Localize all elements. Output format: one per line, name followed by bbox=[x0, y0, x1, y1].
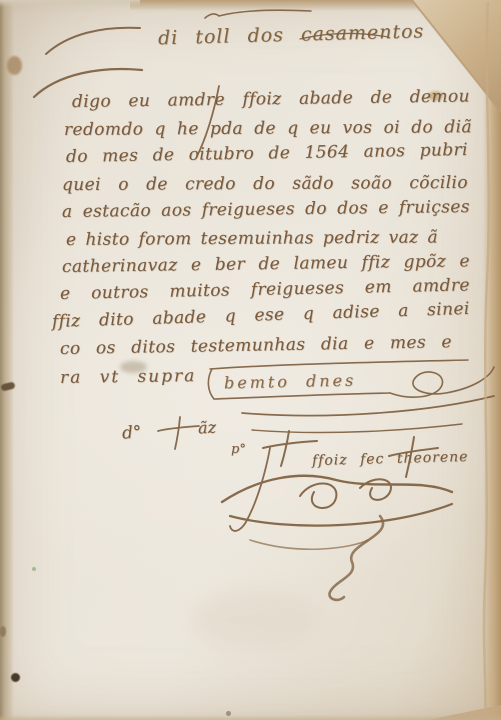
witness-initials-right: ãz bbox=[198, 418, 217, 438]
faint-stain bbox=[190, 590, 320, 650]
binding-gutter bbox=[0, 0, 14, 720]
manuscript-line-5: a estacão aos freigueses do dos e fruiçs… bbox=[62, 197, 470, 226]
page-top-edge-left bbox=[0, 0, 140, 7]
tiny-fleck bbox=[226, 711, 231, 716]
ink-blot-dot bbox=[11, 673, 20, 682]
paper-damage-blob bbox=[7, 56, 22, 75]
manuscript-line-4: quei o de credo do sãdo soão cõcilio bbox=[62, 173, 468, 199]
edge-mark bbox=[0, 626, 6, 637]
manuscript-line-6: e histo forom tesemuinhas pedriz vaz ã bbox=[66, 227, 438, 254]
witness-small-mark: p° bbox=[231, 442, 246, 457]
page-bottom-edge bbox=[0, 715, 501, 720]
manuscript-line-11: ra vt supra bbox=[60, 366, 197, 388]
green-fleck bbox=[32, 567, 36, 571]
boxed-name: bemto dnes bbox=[224, 371, 357, 393]
manuscript-photo: di toll dos casamentos digo eu amdre ffo… bbox=[0, 0, 501, 720]
witness-initials-left: d° bbox=[121, 422, 142, 443]
